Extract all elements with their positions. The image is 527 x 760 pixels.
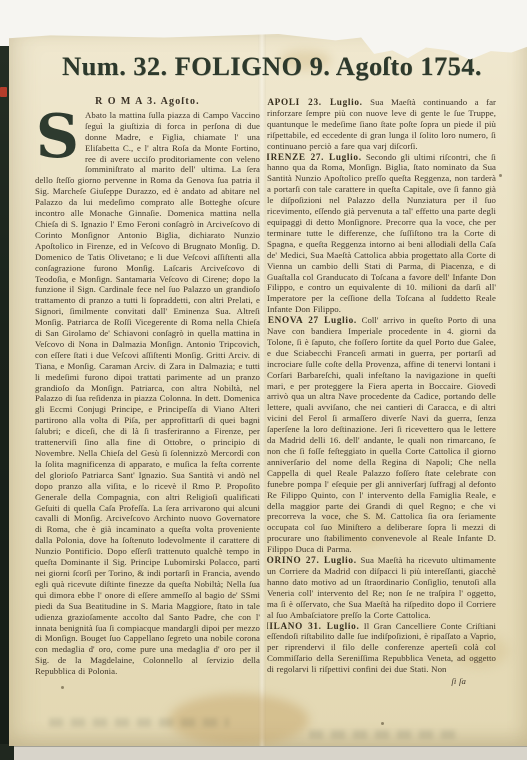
article-milano: MILANO 31. Luglio. Il Gran Cancelliere C… xyxy=(267,621,496,676)
roma-article-body: Abato la mattina ſulla piazza di Campo V… xyxy=(35,110,260,676)
ink-bleed-smudge xyxy=(309,730,459,739)
right-text-column: NAPOLI 23. Luglio. Sua Maeſtà continuand… xyxy=(267,97,496,687)
scan-edge-strip xyxy=(0,46,9,760)
paper-speck xyxy=(499,174,502,177)
catchword: ſi ſa xyxy=(267,676,496,687)
article-heading: FIRENZE 27. Luglio. xyxy=(267,152,362,162)
article-heading: GENOVA 27 Luglio. xyxy=(267,315,357,325)
paper-sheet: Num. 32. FOLIGNO 9. Agoſto 1754. R O M A… xyxy=(9,34,527,746)
article-body: Coll' arrivo in queſto Porto di una Nave… xyxy=(267,315,496,554)
paper-speck xyxy=(61,686,64,689)
paper-stain xyxy=(169,694,309,746)
red-edge-mark xyxy=(0,87,7,97)
left-text-column: R O M A 3. Agoſto. SAbato la mattina ſul… xyxy=(35,97,260,677)
paper-speck xyxy=(381,722,384,725)
article-napoli: NAPOLI 23. Luglio. Sua Maeſtà continuand… xyxy=(267,97,496,152)
article-firenze: FIRENZE 27. Luglio. Secondo gli ultimi r… xyxy=(267,152,496,316)
scan-bottom-corner xyxy=(0,744,14,760)
scanned-gazette-page: Num. 32. FOLIGNO 9. Agoſto 1754. R O M A… xyxy=(0,0,527,760)
article-genova: GENOVA 27 Luglio. Coll' arrivo in queſto… xyxy=(267,315,496,555)
article-body: Secondo gli ultimi riſcontri, che ſi han… xyxy=(267,152,496,315)
article-heading: TORINO 27. Luglio. xyxy=(267,555,357,565)
scan-bottom-band xyxy=(0,746,527,760)
article-heading: MILANO 31. Luglio. xyxy=(267,621,359,631)
roma-article: SAbato la mattina ſulla piazza di Campo … xyxy=(35,110,260,677)
article-torino: TORINO 27. Luglio. Sua Maeſtà ha ricevut… xyxy=(267,555,496,620)
article-heading: NAPOLI 23. Luglio. xyxy=(267,97,363,107)
ink-bleed-smudge xyxy=(49,718,229,727)
masthead-title: Num. 32. FOLIGNO 9. Agoſto 1754. xyxy=(43,51,501,82)
drop-cap-letter: S xyxy=(35,113,80,171)
